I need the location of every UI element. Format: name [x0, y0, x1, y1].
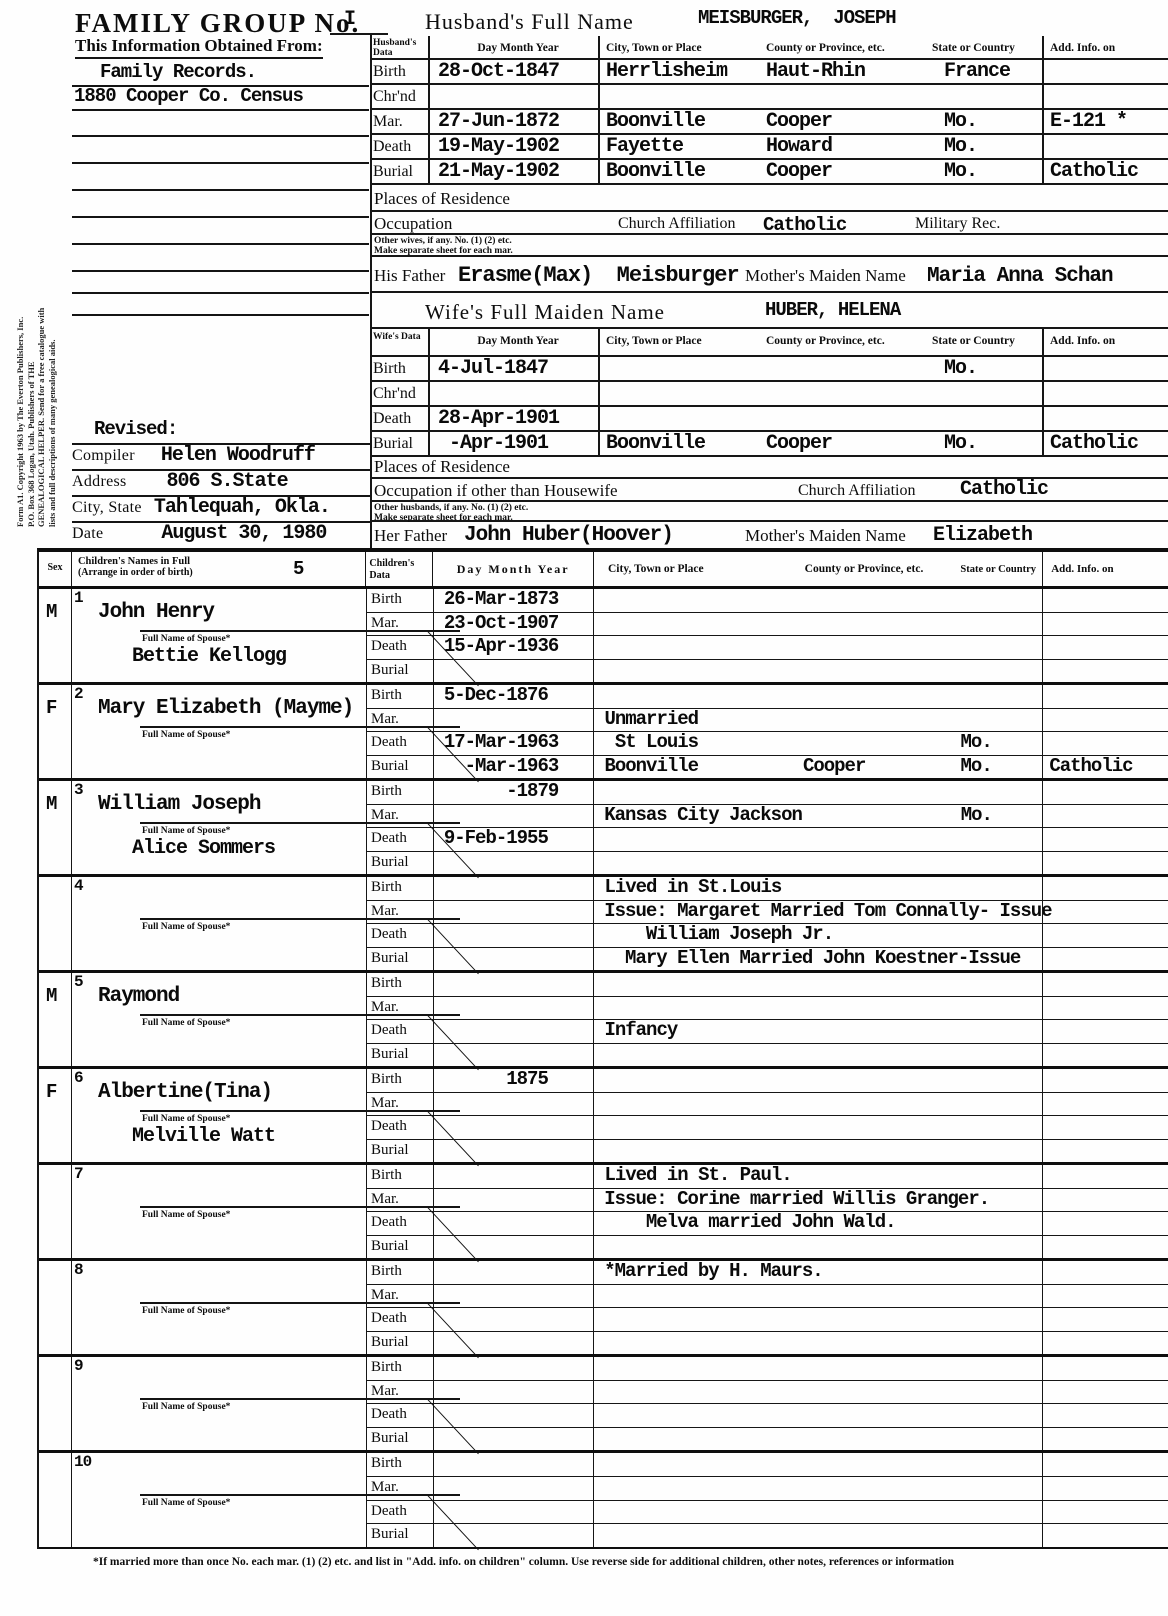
date-cell	[434, 1165, 595, 1188]
date-cell: 4-Jul-1847	[430, 357, 600, 380]
date-cell	[434, 924, 594, 947]
add-info-cell	[1042, 973, 1168, 996]
add-info-cell	[1042, 613, 1168, 636]
wife-other-husbands-row: Other husbands, if any. No. (1) (2) etc.…	[370, 502, 1168, 522]
child-number: 9	[74, 1358, 83, 1374]
city-cell	[600, 85, 762, 108]
add-info-cell	[1042, 357, 1168, 380]
state-cell	[920, 85, 1042, 108]
date-cell: 21-May-1902	[430, 160, 600, 183]
city-cell	[594, 1381, 800, 1404]
add-info-cell	[1042, 877, 1168, 900]
state-cell: Mo.	[959, 732, 1043, 755]
ruled-line	[72, 194, 369, 218]
row-label: Burial	[367, 948, 434, 971]
county-cell	[801, 1381, 959, 1404]
date-cell	[434, 1308, 595, 1331]
spouse-table-row: Burial 21-May-1902 Boonville Cooper Mo. …	[370, 160, 1168, 185]
add-info-cell	[1042, 1357, 1168, 1380]
state-cell: Mo.	[920, 357, 1042, 380]
state-cell: Mo.	[959, 756, 1043, 779]
spouse-divider-line	[140, 726, 460, 728]
child-data-rows: Birth Mar. Death	[367, 1453, 1168, 1547]
city-cell	[594, 1332, 800, 1355]
date-cell: 27-Jun-1872	[430, 110, 600, 133]
state-cell	[959, 948, 1043, 971]
add-info-cell	[1042, 407, 1168, 430]
state-cell	[959, 613, 1043, 636]
county-cell	[762, 382, 920, 405]
spouse-table-row: Birth 4-Jul-1847 Mo.	[370, 357, 1168, 382]
row-label: Burial	[367, 852, 434, 875]
row-label: Burial	[370, 160, 430, 183]
city-cell: William Joseph Jr.	[594, 924, 801, 947]
state-cell	[959, 1453, 1043, 1476]
city-cell	[600, 407, 762, 430]
wife-father-row: Her Father John Huber(Hoover) Mother's M…	[370, 522, 1168, 548]
wife-rows-host: Birth 4-Jul-1847 Mo. Chr'nd Death 28-Apr…	[370, 357, 1168, 457]
church-affiliation-label: Church Affiliation	[618, 215, 735, 233]
ruled-line	[72, 140, 369, 164]
child-death-row: Death	[367, 1308, 1168, 1332]
add-info-cell	[1042, 1189, 1168, 1212]
county-cell	[762, 407, 920, 430]
child-name: Raymond	[98, 986, 179, 1007]
child-number: 4	[74, 878, 83, 894]
ruled-line	[72, 270, 369, 294]
child-sex-cell	[39, 1165, 72, 1258]
wife-name-label: Wife's Full Maiden Name	[425, 300, 665, 325]
child-name: Mary Elizabeth (Mayme)	[98, 698, 353, 719]
spouse-label: Full Name of Spouse*	[142, 826, 230, 836]
wife-data-col: Wife's Data	[370, 329, 430, 355]
county-cell	[801, 1501, 959, 1524]
city-cell	[594, 973, 800, 996]
city-cell: Unmarried	[594, 709, 800, 732]
address-row: Address 806 S.State	[72, 472, 370, 497]
child-sex-cell: M	[39, 589, 72, 682]
state-cell	[920, 382, 1042, 405]
wife-occupation-row: Occupation if other than Housewife Churc…	[370, 479, 1168, 502]
handwritten-count: 5	[293, 560, 303, 579]
ruled-line	[72, 113, 369, 137]
state-cell	[959, 1308, 1043, 1331]
sources-label: This Information Obtained From:	[75, 36, 323, 59]
state-cell	[959, 1044, 1043, 1067]
child-sex-cell	[39, 1453, 72, 1547]
state-col: State or Country	[920, 36, 1042, 58]
state-cell	[959, 1093, 1043, 1116]
his-father-value: Erasme(Max) Meisburger	[458, 265, 739, 287]
city-col: City, Town or Place	[600, 36, 762, 58]
child-burial-row: Burial	[367, 852, 1168, 875]
county-cell	[762, 85, 920, 108]
child-name: John Henry	[98, 602, 214, 623]
city-cell	[600, 357, 762, 380]
child-number: 2	[74, 686, 83, 702]
city-cell: Infancy	[594, 1020, 800, 1043]
compiler-row: Compiler Helen Woodruff	[72, 446, 370, 471]
spouse-divider-line	[140, 1110, 460, 1112]
church-affiliation-label: Church Affiliation	[798, 482, 915, 500]
county-cell	[801, 1116, 959, 1139]
county-cell: Cooper	[762, 432, 920, 455]
county-cell	[801, 948, 958, 971]
state-cell	[920, 407, 1042, 430]
state-cell	[959, 973, 1043, 996]
date-cell: -Apr-1901	[430, 432, 600, 455]
county-cell	[801, 1236, 959, 1259]
child-death-row: Death	[367, 1501, 1168, 1525]
row-label: Birth	[370, 357, 430, 380]
city-col: City, Town or Place	[600, 329, 762, 355]
ruled-line	[72, 292, 369, 316]
county-cell: Cooper	[801, 756, 959, 779]
footer-instructions: *If married more than once No. each mar.…	[93, 1556, 1168, 1568]
child-record-block: F 6 Albertine(Tina) Full Name of Spouse*…	[39, 1069, 1168, 1165]
row-label: Burial	[367, 1428, 434, 1451]
add-info-cell	[1042, 85, 1168, 108]
spouse-table-row: Mar. 27-Jun-1872 Boonville Cooper Mo. E-…	[370, 110, 1168, 135]
child-death-row: Death	[367, 1116, 1168, 1140]
county-cell	[801, 636, 959, 659]
compiler-label: Compiler	[72, 447, 135, 464]
church-affiliation-value: Catholic	[763, 216, 846, 235]
date-cell: 1875	[434, 1069, 595, 1092]
city-cell: Boonville	[594, 756, 800, 779]
other-wives-note-line2: Make separate sheet for each mar.	[374, 246, 1168, 256]
occupation-label: Occupation	[374, 214, 452, 234]
revised-row: Revised:	[72, 420, 370, 445]
add-info-cell	[1042, 1069, 1168, 1092]
city-cell: *Married by H. Maurs.	[594, 1261, 801, 1284]
state-cell	[959, 1140, 1043, 1163]
husband-table-header: Husband's Data Day Month Year City, Town…	[370, 36, 1168, 60]
child-marriage-row: Mar. 23-Oct-1907	[367, 613, 1168, 637]
state-cell	[959, 1381, 1043, 1404]
child-birth-row: Birth *Married by H. Maurs.	[367, 1261, 1168, 1285]
day-month-year-col: Day Month Year	[430, 329, 600, 355]
child-sex-cell: M	[39, 973, 72, 1066]
state-cell	[959, 924, 1043, 947]
child-marriage-row: Mar.	[367, 997, 1168, 1021]
state-cell	[959, 1428, 1043, 1451]
county-cell	[801, 924, 958, 947]
county-cell	[801, 589, 959, 612]
husband-name-label: Husband's Full Name	[425, 9, 634, 35]
date-cell: 28-Apr-1901	[430, 407, 600, 430]
city-cell: Boonville	[600, 432, 762, 455]
state-cell	[959, 1261, 1043, 1284]
state-cell	[959, 685, 1043, 708]
row-label: Birth	[367, 877, 434, 900]
child-data-rows: Birth -1879 Mar. Kansas City Jackson Mo.…	[367, 781, 1168, 874]
places-of-residence-label: Places of Residence	[374, 457, 510, 476]
child-number: 10	[74, 1454, 91, 1470]
city-cell: Herrlisheim	[600, 60, 762, 83]
row-label: Burial	[367, 1236, 434, 1259]
state-col: State or Country	[958, 552, 1042, 586]
row-label: Burial	[367, 756, 434, 779]
city-state-label: City, State	[72, 499, 142, 516]
add-info-cell	[1042, 382, 1168, 405]
wife-name-value: HUBER, HELENA	[765, 301, 900, 320]
occupation-housewife-label: Occupation if other than Housewife	[374, 481, 618, 501]
child-name: Albertine(Tina)	[98, 1082, 272, 1103]
row-label: Death	[367, 732, 434, 755]
spouse-label: Full Name of Spouse*	[142, 1018, 230, 1028]
state-col: State or Country	[920, 329, 1042, 355]
add-info-cell	[1042, 1236, 1168, 1259]
city-cell	[594, 997, 800, 1020]
child-burial-row: Burial	[367, 1332, 1168, 1355]
add-info-cell	[1042, 1404, 1168, 1427]
county-cell	[801, 660, 959, 683]
child-name-cell: 8 Full Name of Spouse*	[72, 1261, 367, 1354]
child-name-cell: 5 Raymond Full Name of Spouse*	[72, 973, 367, 1066]
county-cell	[801, 1261, 958, 1284]
child-death-row: Death	[367, 1404, 1168, 1428]
row-label: Burial	[367, 1140, 434, 1163]
city-cell	[594, 613, 800, 636]
ruled-line	[72, 248, 369, 272]
add-info-cell	[1042, 1020, 1168, 1043]
row-label: Birth	[370, 60, 430, 83]
child-number: 6	[74, 1070, 83, 1086]
date-cell	[434, 1020, 595, 1043]
state-cell	[959, 997, 1043, 1020]
spouse-divider-line	[140, 1014, 460, 1016]
spouse-label: Full Name of Spouse*	[142, 1210, 230, 1220]
child-name-cell: 10 Full Name of Spouse*	[72, 1453, 367, 1547]
husband-places-row: Places of Residence	[370, 189, 1168, 212]
add-info-cell: Catholic	[1042, 432, 1168, 455]
husband-other-wives-row: Other wives, if any. No. (1) (2) etc. Ma…	[370, 235, 1168, 257]
county-cell	[801, 828, 959, 851]
row-label: Death	[367, 1020, 434, 1043]
add-info-cell	[1042, 1140, 1168, 1163]
husband-name-value: MEISBURGER, JOSEPH	[698, 9, 896, 28]
child-birth-row: Birth 5-Dec-1876	[367, 685, 1168, 709]
child-birth-row: Birth	[367, 1453, 1168, 1477]
add-info-cell	[1042, 709, 1168, 732]
husband-data-col: Husband's Data	[370, 36, 430, 58]
row-label: Burial	[370, 432, 430, 455]
row-label: Birth	[367, 973, 434, 996]
row-label: Birth	[367, 685, 434, 708]
row-label: Burial	[367, 1332, 434, 1355]
child-sex-letter: M	[46, 987, 56, 1006]
children-names-label: Children's Names in Full	[78, 556, 365, 567]
county-cell	[801, 1477, 959, 1500]
add-info-cell	[1042, 660, 1168, 683]
spouse-table-row: Burial -Apr-1901 Boonville Cooper Mo. Ca…	[370, 432, 1168, 457]
child-data-rows: Birth 26-Mar-1873 Mar. 23-Oct-1907 Death…	[367, 589, 1168, 682]
child-data-rows: Birth Mar. Death Infancy	[367, 973, 1168, 1066]
city-cell	[594, 1044, 800, 1067]
row-label: Birth	[367, 1069, 434, 1092]
state-cell: Mo.	[920, 135, 1042, 158]
county-cell	[801, 781, 959, 804]
children-table-header: Sex Children's Names in Full (Arrange in…	[39, 552, 1168, 589]
date-cell: 17-Mar-1963	[434, 732, 595, 755]
child-name-cell: 7 Full Name of Spouse*	[72, 1165, 367, 1258]
date-cell	[434, 973, 595, 996]
city-state-value: Tahlequah, Okla.	[154, 496, 330, 519]
group-number-underline	[330, 33, 388, 35]
county-cell	[801, 1165, 959, 1188]
add-info-cell	[1042, 135, 1168, 158]
city-cell: Kansas City Jackson	[594, 805, 801, 828]
child-death-row: Death William Joseph Jr.	[367, 924, 1168, 948]
child-record-block: M 3 William Joseph Full Name of Spouse* …	[39, 781, 1168, 877]
county-cell	[801, 1189, 958, 1212]
county-cell: Howard	[762, 135, 920, 158]
add-info-cell	[1042, 781, 1168, 804]
date-cell	[434, 1261, 594, 1284]
add-info-children-col: Add. Info. on	[1042, 552, 1168, 586]
child-burial-row: Burial	[367, 1524, 1168, 1547]
spouse-divider-line	[140, 630, 460, 632]
child-marriage-row: Mar. Issue: Margaret Married Tom Connall…	[367, 901, 1168, 925]
add-info-cell: Catholic	[1042, 756, 1168, 779]
other-wives-note-line1: Other wives, if any. No. (1) (2) etc.	[374, 236, 1168, 246]
county-cell: Haut-Rhin	[762, 60, 920, 83]
spouse-divider-line	[140, 1302, 460, 1304]
child-data-rows: Birth 1875 Mar. Death	[367, 1069, 1168, 1162]
city-cell	[594, 852, 800, 875]
county-cell	[801, 973, 959, 996]
child-birth-row: Birth 26-Mar-1873	[367, 589, 1168, 613]
city-cell	[594, 1285, 800, 1308]
child-record-block: 8 Full Name of Spouse* Birth *Married by…	[39, 1261, 1168, 1357]
add-info-cell	[1042, 1428, 1168, 1451]
address-value: 806 S.State	[167, 470, 288, 493]
state-cell	[959, 1332, 1043, 1355]
county-cell	[801, 1332, 959, 1355]
spouse-divider-line	[140, 1494, 460, 1496]
city-cell	[594, 1501, 800, 1524]
add-info-cell	[1042, 1381, 1168, 1404]
source-entry: 1880 Cooper Co. Census	[74, 85, 303, 107]
county-cell	[801, 1285, 959, 1308]
child-sex-letter: M	[46, 603, 56, 622]
add-info-col: Add. Info. on	[1042, 36, 1168, 58]
child-spouse-name: Bettie Kellogg	[132, 647, 286, 667]
child-death-row: Death 15-Apr-1936	[367, 636, 1168, 660]
add-info-cell	[1042, 852, 1168, 875]
date-cell: 26-Mar-1873	[434, 589, 595, 612]
add-info-cell	[1042, 1093, 1168, 1116]
county-col: County or Province, etc.	[762, 329, 920, 355]
husband-rows-host: Birth 28-Oct-1847 Herrlisheim Haut-Rhin …	[370, 60, 1168, 185]
state-cell: Mo.	[959, 805, 1043, 828]
county-cell	[801, 1212, 958, 1235]
city-cell	[594, 1308, 800, 1331]
county-cell	[801, 805, 958, 828]
spouse-label: Full Name of Spouse*	[142, 730, 230, 740]
city-cell: Boonville	[600, 110, 762, 133]
date-cell	[434, 1212, 594, 1235]
child-record-block: M 5 Raymond Full Name of Spouse* Birth M…	[39, 973, 1168, 1069]
add-info-cell	[1042, 901, 1168, 924]
county-cell	[801, 685, 959, 708]
spouse-label: Full Name of Spouse*	[142, 1498, 230, 1508]
date-value: August 30, 1980	[161, 522, 326, 545]
city-cell	[594, 781, 800, 804]
child-record-block: 9 Full Name of Spouse* Birth Mar.	[39, 1357, 1168, 1453]
mother-maiden-value: Elizabeth	[933, 526, 1032, 546]
child-data-rows: Birth 5-Dec-1876 Mar. Unmarried Death 17…	[367, 685, 1168, 778]
date-cell	[434, 1404, 595, 1427]
county-cell	[801, 1357, 959, 1380]
state-cell	[959, 1116, 1043, 1139]
state-cell	[959, 781, 1043, 804]
row-label: Mar.	[367, 1477, 434, 1500]
source-entry: Family Records.	[100, 61, 256, 83]
row-label: Birth	[367, 1357, 434, 1380]
child-marriage-row: Mar.	[367, 1477, 1168, 1501]
state-cell: France	[920, 60, 1042, 83]
city-cell	[594, 828, 800, 851]
row-label: Burial	[367, 660, 434, 683]
add-info-cell	[1042, 1501, 1168, 1524]
county-cell	[801, 1453, 959, 1476]
add-info-cell	[1042, 805, 1168, 828]
children-table: Sex Children's Names in Full (Arrange in…	[37, 548, 1168, 1549]
children-names-col: Children's Names in Full (Arrange in ord…	[72, 552, 366, 586]
spouse-label: Full Name of Spouse*	[142, 634, 230, 644]
child-marriage-row: Mar. Kansas City Jackson Mo.	[367, 805, 1168, 829]
group-number: I	[344, 10, 355, 30]
city-cell: Issue: Corine married Willis Granger.	[594, 1189, 801, 1212]
row-label: Death	[367, 1116, 434, 1139]
city-cell: Melva married John Wald.	[594, 1212, 801, 1235]
city-cell	[594, 1453, 800, 1476]
city-cell	[594, 1069, 800, 1092]
row-label: Chr'nd	[370, 85, 430, 108]
mother-maiden-value: Maria Anna Schan	[927, 266, 1113, 287]
child-name-cell: 6 Albertine(Tina) Full Name of Spouse* M…	[72, 1069, 367, 1162]
add-info-cell	[1042, 1165, 1168, 1188]
date-cell	[434, 1116, 595, 1139]
state-cell	[959, 1069, 1043, 1092]
county-col: County or Province, etc.	[801, 552, 959, 586]
add-info-cell	[1042, 828, 1168, 851]
row-label: Birth	[367, 589, 434, 612]
city-cell	[594, 1404, 800, 1427]
date-cell	[434, 1501, 595, 1524]
city-state-row: City, State Tahlequah, Okla.	[72, 498, 370, 523]
child-sex-cell	[39, 877, 72, 970]
add-info-cell	[1042, 1453, 1168, 1476]
add-info-cell	[1042, 1044, 1168, 1067]
county-cell	[801, 1093, 959, 1116]
date-cell: 19-May-1902	[430, 135, 600, 158]
city-cell	[594, 1093, 800, 1116]
state-cell	[959, 709, 1043, 732]
city-cell	[594, 636, 800, 659]
spouse-table-row: Death 19-May-1902 Fayette Howard Mo.	[370, 135, 1168, 160]
date-cell	[434, 1453, 595, 1476]
child-sex-cell	[39, 1357, 72, 1450]
source-line: Family Records.	[72, 63, 369, 87]
date-cell	[430, 382, 600, 405]
date-label: Date	[72, 525, 103, 542]
child-name-cell: 9 Full Name of Spouse*	[72, 1357, 367, 1450]
spouse-label: Full Name of Spouse*	[142, 1306, 230, 1316]
revised-label: Revised:	[94, 418, 177, 440]
